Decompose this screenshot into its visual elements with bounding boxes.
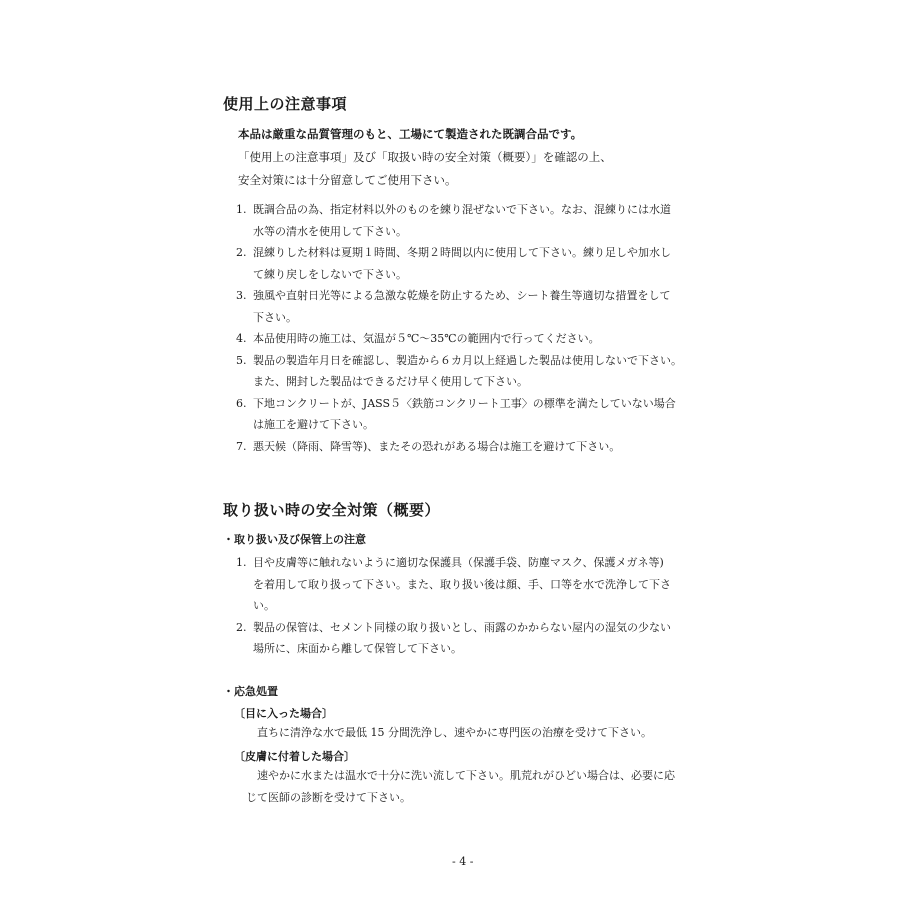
handling-list: 1.目や皮膚等に触れないように適切な保護具（保護手袋、防塵マスク、保護メガネ等)… [236, 552, 714, 660]
emergency-heading: ・応急処置 [223, 683, 278, 699]
list-item: 3.強風や直射日光等による急激な乾燥を防止するため、シート養生等適切な措置をして… [236, 285, 714, 328]
skin-contact-heading: 〔皮膚に付着した場合〕 [234, 748, 355, 764]
item-number: 2. [236, 617, 247, 639]
document-page: 使用上の注意事項 本品は厳重な品質管理のもと、工場にて製造された既調合品です。 … [0, 0, 900, 900]
item-line: て練り戻しをしないで下さい。 [253, 264, 714, 286]
list-item: 6.下地コンクリートが、JASS５〈鉄筋コンクリート工事〉の標準を満たしていない… [236, 393, 714, 436]
eye-contact-heading: 〔目に入った場合〕 [234, 705, 333, 721]
item-line: 製品の保管は、セメント同様の取り扱いとし、雨露のかからない屋内の湿気の少ない [253, 617, 714, 639]
list-item: 4.本品使用時の施工は、気温が５℃～35℃の範囲内で行ってください。 [236, 328, 714, 350]
item-line: また、開封した製品はできるだけ早く使用して下さい。 [253, 371, 714, 393]
skin-contact-text-line: じて医師の診断を受けて下さい。 [246, 787, 411, 809]
intro-line: 安全対策には十分留意してご使用下さい。 [238, 169, 612, 192]
list-item: 1.目や皮膚等に触れないように適切な保護具（保護手袋、防塵マスク、保護メガネ等)… [236, 552, 714, 617]
item-line: 下地コンクリートが、JASS５〈鉄筋コンクリート工事〉の標準を満たしていない場合 [253, 393, 714, 415]
section-title-safety-measures: 取り扱い時の安全対策（概要） [223, 499, 440, 520]
item-line: 製品の製造年月日を確認し、製造から６カ月以上経過した製品は使用しないで下さい。 [253, 350, 714, 372]
intro-line: 本品は厳重な品質管理のもと、工場にて製造された既調合品です。 [238, 123, 612, 146]
list-item: 5.製品の製造年月日を確認し、製造から６カ月以上経過した製品は使用しないで下さい… [236, 350, 714, 393]
section-title-usage-precautions: 使用上の注意事項 [223, 93, 347, 114]
item-number: 4. [236, 328, 247, 350]
list-item: 2.混練りした材料は夏期１時間、冬期２時間以内に使用して下さい。練り足しや加水し… [236, 242, 714, 285]
item-number: 2. [236, 242, 247, 264]
item-line: 水等の清水を使用して下さい。 [253, 221, 714, 243]
item-line: は施工を避けて下さい。 [253, 414, 714, 436]
handling-heading: ・取り扱い及び保管上の注意 [223, 531, 366, 547]
list-item: 2.製品の保管は、セメント同様の取り扱いとし、雨露のかからない屋内の湿気の少ない… [236, 617, 714, 660]
item-number: 6. [236, 393, 247, 415]
item-line: 混練りした材料は夏期１時間、冬期２時間以内に使用して下さい。練り足しや加水し [253, 242, 714, 264]
item-line: 下さい。 [253, 307, 714, 329]
item-line: い。 [253, 595, 714, 617]
item-number: 7. [236, 436, 247, 458]
eye-contact-text: 直ちに清浄な水で最低 15 分間洗浄し、速やかに専門医の治療を受けて下さい。 [257, 722, 652, 744]
item-line: 場所に、床面から離して保管して下さい。 [253, 638, 714, 660]
item-number: 1. [236, 199, 247, 221]
list-item: 7.悪天候（降雨、降雪等)、またその恐れがある場合は施工を避けて下さい。 [236, 436, 714, 458]
skin-contact-text-line: 速やかに水または温水で十分に洗い流して下さい。肌荒れがひどい場合は、必要に応 [257, 765, 675, 787]
item-number: 5. [236, 350, 247, 372]
page-number: - 4 - [452, 855, 473, 868]
intro-block: 本品は厳重な品質管理のもと、工場にて製造された既調合品です。 「使用上の注意事項… [238, 123, 612, 192]
intro-line: 「使用上の注意事項」及び「取扱い時の安全対策（概要）」を確認の上、 [238, 146, 612, 169]
item-line: 既調合品の為、指定材料以外のものを練り混ぜないで下さい。なお、混練りには水道 [253, 199, 714, 221]
item-line: を着用して取り扱って下さい。また、取り扱い後は顔、手、口等を水で洗浄して下さ [253, 574, 714, 596]
item-line: 本品使用時の施工は、気温が５℃～35℃の範囲内で行ってください。 [253, 328, 714, 350]
list-item: 1.既調合品の為、指定材料以外のものを練り混ぜないで下さい。なお、混練りには水道… [236, 199, 714, 242]
usage-precautions-list: 1.既調合品の為、指定材料以外のものを練り混ぜないで下さい。なお、混練りには水道… [236, 199, 714, 457]
item-line: 目や皮膚等に触れないように適切な保護具（保護手袋、防塵マスク、保護メガネ等) [253, 552, 714, 574]
item-number: 1. [236, 552, 247, 574]
item-line: 悪天候（降雨、降雪等)、またその恐れがある場合は施工を避けて下さい。 [253, 436, 714, 458]
item-number: 3. [236, 285, 247, 307]
item-line: 強風や直射日光等による急激な乾燥を防止するため、シート養生等適切な措置をして [253, 285, 714, 307]
